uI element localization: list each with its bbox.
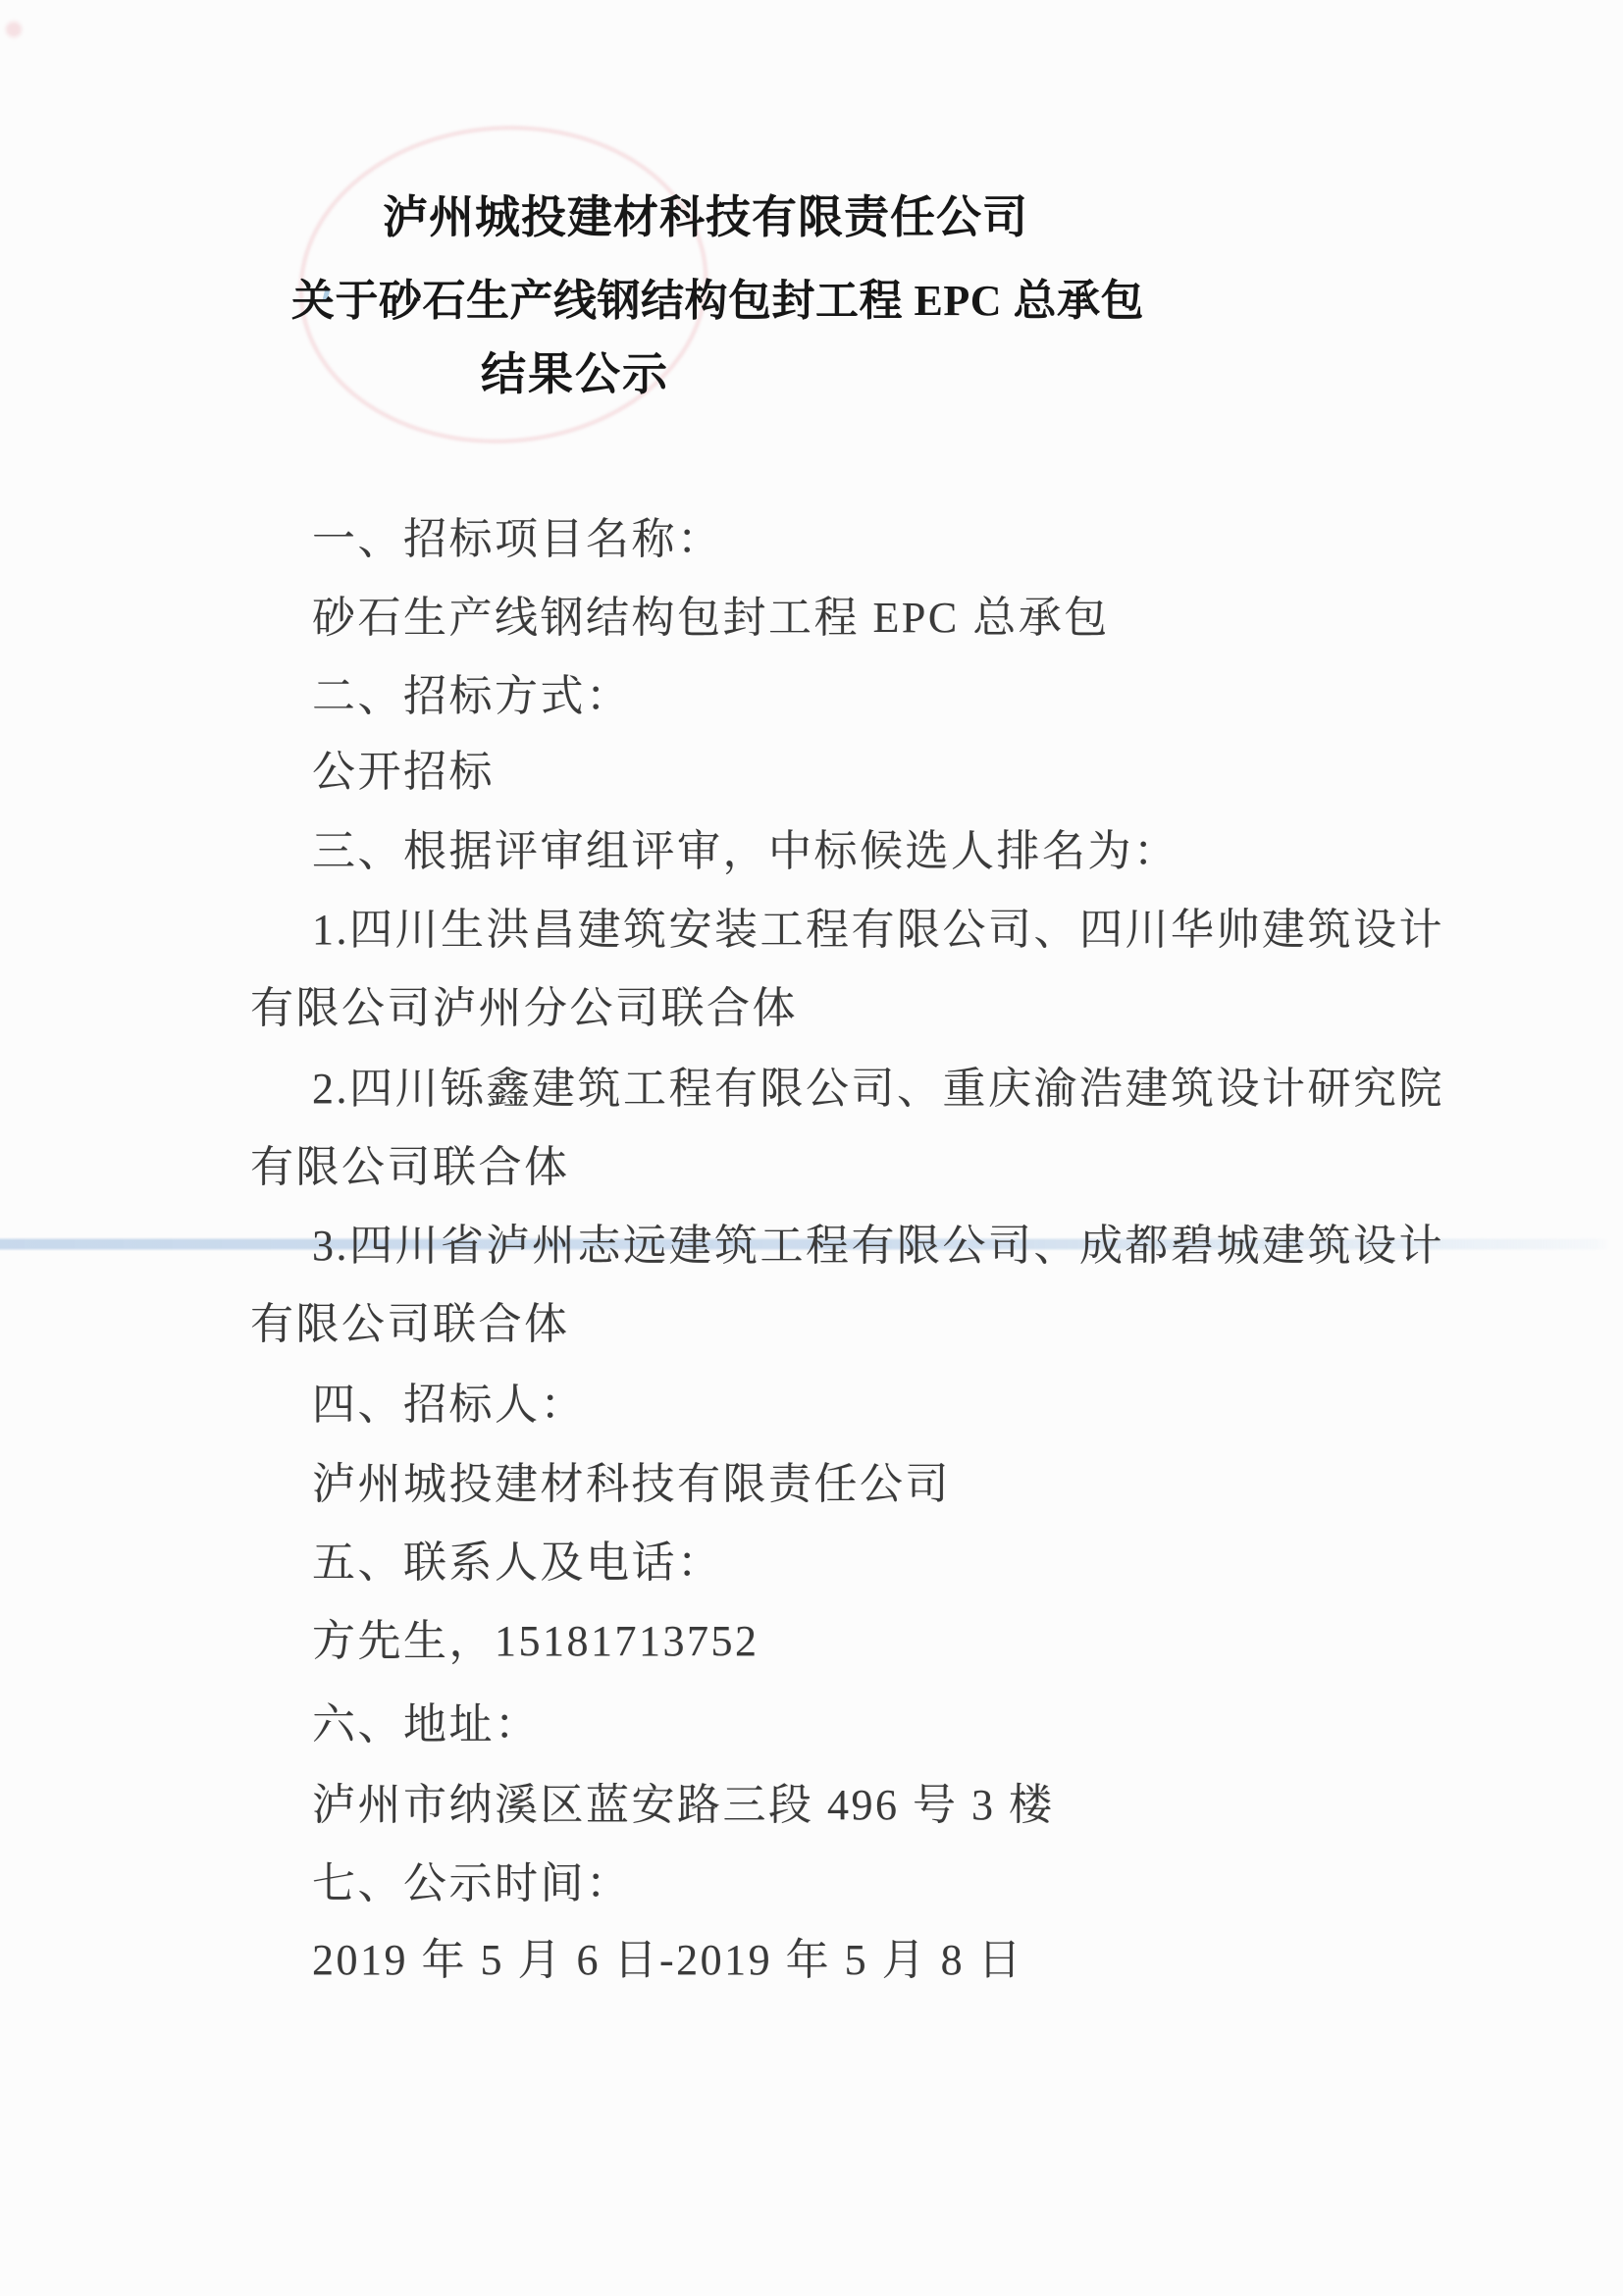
- body-line-section-7-heading: 七、公示时间：: [312, 1855, 632, 1912]
- pink-scan-smudge: [6, 22, 22, 37]
- document-title-line-3: 结果公示: [481, 345, 669, 404]
- body-line-section-6-heading: 六、地址：: [312, 1696, 541, 1753]
- body-line-candidate-2: 2.四川铄鑫建筑工程有限公司、重庆渝浩建筑设计研究院: [312, 1061, 1444, 1118]
- body-line-candidate-3: 3.四川省泸州志远建筑工程有限公司、成都碧城建筑设计: [312, 1218, 1444, 1275]
- body-line-tenderer-name: 泸州城投建材科技有限责任公司: [312, 1456, 951, 1513]
- document-page: 泸州城投建材科技有限责任公司 关于砂石生产线钢结构包封工程 EPC 总承包 结果…: [0, 0, 1623, 2296]
- body-line-publicity-period: 2019 年 5 月 6 日-2019 年 5 月 8 日: [312, 1932, 1023, 1989]
- body-line-bidding-method: 公开招标: [312, 744, 495, 801]
- document-title-line-1: 泸州城投建材科技有限责任公司: [383, 188, 1028, 247]
- body-line-candidate-2-cont: 有限公司联合体: [250, 1139, 570, 1196]
- body-line-section-4-heading: 四、招标人：: [312, 1377, 586, 1434]
- body-line-contact-phone: 方先生，15181713752: [312, 1613, 759, 1670]
- body-line-project-name: 砂石生产线钢结构包封工程 EPC 总承包: [312, 590, 1110, 647]
- body-line-address: 泸州市纳溪区蓝安路三段 496 号 3 楼: [312, 1777, 1055, 1834]
- body-line-section-1-heading: 一、招标项目名称：: [312, 511, 723, 568]
- body-line-section-3-heading: 三、根据评审组评审，中标候选人排名为：: [312, 823, 1179, 880]
- body-line-candidate-3-cont: 有限公司联合体: [250, 1296, 570, 1353]
- body-line-section-2-heading: 二、招标方式：: [312, 668, 632, 725]
- document-title-line-2: 关于砂石生产线钢结构包封工程 EPC 总承包: [291, 272, 1144, 331]
- body-line-candidate-1-cont: 有限公司泸州分公司联合体: [250, 980, 798, 1037]
- body-line-section-5-heading: 五、联系人及电话：: [312, 1535, 723, 1592]
- body-line-candidate-1: 1.四川生洪昌建筑安装工程有限公司、四川华帅建筑设计: [312, 902, 1444, 959]
